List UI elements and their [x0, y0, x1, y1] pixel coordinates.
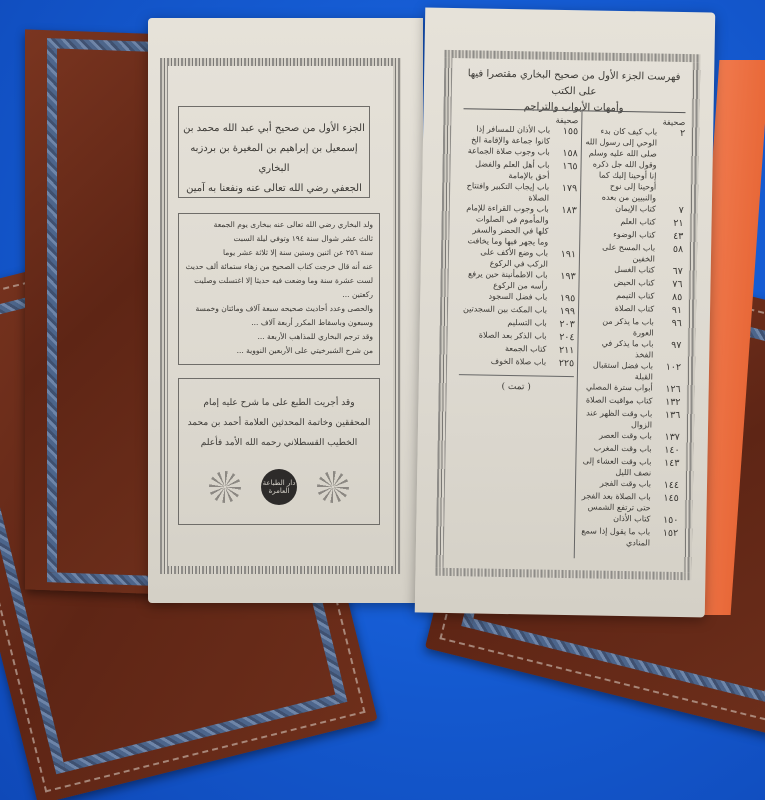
toc-entry-title: كتاب الأذان — [613, 513, 650, 527]
toc-page-number: ١٠٢ — [659, 361, 681, 383]
toc-page-number: ٤٣ — [661, 230, 683, 243]
title-panel: الجزء الأول من صحيح أبي عبد الله محمد بن… — [178, 106, 370, 198]
toc-page-number: ٧ — [662, 204, 684, 217]
toc-entry-title: باب الصلاة بعد الفجر حتى ترتفع الشمس — [579, 490, 651, 513]
toc-entry-title: باب وجوب القراءة للإمام والمأموم في الصل… — [461, 202, 549, 248]
toc-entry: ٥٨باب المسح على الخفين — [583, 241, 683, 265]
toc-page-number: ٢١ — [661, 217, 683, 230]
toc-page-number: ١٥٢ — [656, 527, 678, 549]
toc-page-number: ٢٢٥ — [552, 357, 574, 370]
toc-entry-title: كتاب الصلاة — [615, 303, 655, 317]
toc-page-number: ١٩٣ — [553, 270, 575, 292]
toc-entry: ١٧٩باب إيجاب التكبير وافتتاح الصلاة — [462, 180, 577, 204]
toc-page-number: ٨٥ — [660, 291, 682, 304]
toc-entry-title: باب صلاة الخوف — [491, 356, 547, 370]
toc-page-number: ٩١ — [660, 304, 682, 317]
toc-entry: ١٦٥باب أهل العلم والفضل أحق بالإمامة — [462, 158, 577, 182]
toc-entry-title: كتاب التيمم — [616, 290, 654, 304]
left-page: الجزء الأول من صحيح أبي عبد الله محمد بن… — [148, 18, 423, 603]
toc-entry: ١٤٣باب وقت العشاء إلى نصف الليل — [579, 455, 679, 479]
toc-entry: ١٨٣باب وجوب القراءة للإمام والمأموم في ا… — [461, 202, 577, 248]
toc-entry-title: باب كيف كان بدء الوحي إلى رسول الله صلى … — [584, 125, 657, 203]
toc-page-number: ٧٦ — [660, 278, 682, 291]
toc-page-number: ١٨٣ — [554, 204, 577, 248]
body-line: وسبعون وباسقاط المكرر أربعة آلاف ... — [185, 316, 373, 330]
toc-page-number: ١٣٦ — [658, 409, 680, 431]
toc-entry-title: كتاب العلم — [620, 216, 655, 230]
toc-page-number: ٢١١ — [552, 344, 574, 357]
body-line: من شرح الشبرخيتي على الأربعين النووية ..… — [185, 344, 373, 358]
toc-entry-title: باب وقت الفجر — [600, 478, 651, 492]
toc-entry-title: باب الذكر بعد الصلاة — [479, 330, 547, 344]
body-line: وقد ترجم البخاري للمذاهب الأربعة ... — [185, 330, 373, 344]
toc-entry-title: باب وضع الأكف على الركب في الركوع — [461, 246, 548, 270]
toc-page-number: ١٤٣ — [657, 457, 679, 479]
toc-page-number: ١٣٧ — [658, 431, 680, 444]
toc-page-number: ١٤٤ — [657, 479, 679, 492]
toc-entry: ١٥٥باب الأذان للمسافر إذا كانوا جماعة وا… — [463, 123, 578, 147]
body-line: عنه أنه قال خرجت كتاب الصحيح من زهاء ستم… — [185, 260, 373, 274]
toc-entry-title: باب الاطمأنينة حين يرفع رأسه من الركوع — [460, 268, 547, 292]
toc-page-number: ١٦٥ — [555, 160, 577, 182]
toc-entry-title: باب المسح على الخفين — [583, 241, 655, 264]
photo-scene: الجزء الأول من صحيح أبي عبد الله محمد بن… — [0, 0, 765, 800]
toc-entry-title: باب وقت العصر — [599, 430, 652, 444]
title-line: الجزء الأول من صحيح أبي عبد الله محمد بن — [179, 119, 369, 139]
toc-entry-title: كتاب الوضوء — [613, 229, 655, 243]
toc-entry-title: باب ما يقول إذا سمع المنادي — [578, 525, 650, 548]
toc-entry-title: باب فضل السجود — [488, 291, 547, 305]
title-line: إسمعيل بن إبراهيم بن المغيرة بن بردزبه ا… — [179, 139, 369, 179]
toc-page-number: ١٩٥ — [553, 292, 575, 305]
toc-column-right: صحيفة ٢باب كيف كان بدء الوحي إلى رسول ال… — [578, 116, 686, 549]
toc-entry: ١٩٣باب الاطمأنينة حين يرفع رأسه من الركو… — [460, 268, 575, 292]
toc-entry-title: كتاب الحيض — [614, 277, 655, 291]
toc-entry-title: كتاب مواقيت الصلاة — [586, 394, 653, 408]
colophon-line: وقد أجريت الطبع على ما شرح عليه إمام — [179, 393, 379, 413]
rosette-ornament-right — [317, 471, 349, 503]
colophon-line: الخطيب القسطلاني رحمه الله الأمد فأعلم — [179, 433, 379, 453]
toc-page-number: ١٤٠ — [657, 444, 679, 457]
toc-entry-title: باب إيجاب التكبير وافتتاح الصلاة — [462, 180, 549, 204]
toc-entry: ٩٦باب ما يذكر من العورة — [582, 315, 682, 339]
colophon-panel: وقد أجريت الطبع على ما شرح عليه إمام الم… — [178, 378, 380, 525]
toc-page-number: ٥٨ — [661, 243, 683, 265]
body-line: سنة ٢٥٦ عن اثنين وستين سنة إلا ثلاثة عشر… — [185, 246, 373, 260]
toc-page-number: ٩٦ — [660, 317, 682, 339]
toc-entry-title: باب المكث بين السجدتين — [463, 303, 547, 317]
toc-entry-title: باب ما يذكر في الفخذ — [581, 337, 653, 360]
toc-page-number: ٦٧ — [661, 265, 683, 278]
toc-entry-title: باب وقت العشاء إلى نصف الليل — [579, 455, 651, 478]
toc-entry-title: باب وقت الظهر عند الزوال — [580, 407, 652, 430]
toc-entry-title: كتاب الجمعة — [505, 343, 547, 357]
toc-entry: ١٩٩باب المكث بين السجدتين — [460, 303, 575, 318]
toc-page-number: ١٩١ — [554, 248, 576, 270]
toc-entry-title: باب ما يذكر من العورة — [582, 315, 654, 338]
toc-page-number: ١٥٠ — [656, 514, 678, 527]
toc-entry: ١٥٢باب ما يقول إذا سمع المنادي — [578, 525, 678, 549]
toc-entry-title: كتاب الغسل — [614, 264, 655, 278]
toc-page-number: ٢٠٣ — [553, 318, 575, 331]
body-line: ثالث عشر شوال سنة ١٩٤ وتوفي ليلة السبت — [185, 232, 373, 246]
toc-page-number: ١٣٢ — [658, 396, 680, 409]
toc-entry-title: باب أهل العلم والفضل أحق بالإمامة — [462, 158, 549, 182]
toc-entry-title: باب التسليم — [507, 317, 547, 331]
body-panel: ولد البخاري رضي الله تعالى عنه ببخارى يو… — [178, 213, 380, 365]
body-line: لست عشرة سنة وما وضعت فيه حديثا إلا اغتس… — [185, 274, 373, 288]
toc-page-number: ١٧٩ — [555, 182, 577, 204]
end-mark: ( تمت ) — [459, 381, 574, 393]
toc-page-number: ١٥٥ — [556, 125, 578, 147]
toc-entry: ٢باب كيف كان بدء الوحي إلى رسول الله صلى… — [584, 125, 685, 204]
toc-page-number: ١٩٩ — [553, 305, 575, 318]
toc-entry: ١٣٦باب وقت الظهر عند الزوال — [580, 407, 680, 431]
toc-entry-title: كتاب الإيمان — [615, 203, 656, 217]
toc-entry-title: أبواب سترة المصلي — [586, 381, 653, 395]
right-page: فهرست الجزء الأول من صحيح البخاري مقتصرا… — [415, 8, 716, 618]
title-line: الجعفي رضي الله تعالى عنه ونفعنا به آمين — [179, 179, 369, 199]
toc-entry-title: باب الأذان للمسافر إذا كانوا جماعة والإق… — [463, 123, 550, 147]
body-line: والحصى وعدد أحاديث صحيحه سبعة آلاف ومائت… — [185, 302, 373, 316]
toc-entry: ٩٧باب ما يذكر في الفخذ — [581, 337, 681, 361]
toc-page-number: ٢٠٤ — [552, 331, 574, 344]
toc-entry-title: باب فضل استقبال القبلة — [581, 359, 653, 382]
colophon-line: المحققين وخاتمة المحدثين العلامة أحمد بن… — [179, 413, 379, 433]
toc-entry-title: باب وقت المغرب — [594, 443, 652, 457]
toc-page-number: ١٤٥ — [657, 492, 679, 514]
toc-page-number: ٩٧ — [659, 339, 681, 361]
toc-column-left: صحيفة ١٥٥باب الأذان للمسافر إذا كانوا جم… — [459, 114, 579, 393]
toc-entry: ١٩١باب وضع الأكف على الركب في الركوع — [461, 246, 576, 270]
press-seal: دار الطباعة العامرة — [261, 469, 297, 505]
toc-page-number: ٢ — [662, 127, 685, 204]
toc-page-number: ١٥٨ — [556, 147, 578, 160]
toc-page-number: ١٢٦ — [659, 383, 681, 396]
body-line: ركعتين ... — [185, 288, 373, 302]
toc-entry: ١٠٢باب فضل استقبال القبلة — [581, 359, 681, 383]
toc-entry: ٢٢٥باب صلاة الخوف — [459, 355, 574, 370]
toc-heading-line1: فهرست الجزء الأول من صحيح البخاري مقتصرا… — [464, 66, 685, 102]
rosette-ornament-left — [209, 471, 241, 503]
toc-entry: ١٤٥باب الصلاة بعد الفجر حتى ترتفع الشمس — [579, 490, 679, 514]
body-line: ولد البخاري رضي الله تعالى عنه ببخارى يو… — [185, 218, 373, 232]
